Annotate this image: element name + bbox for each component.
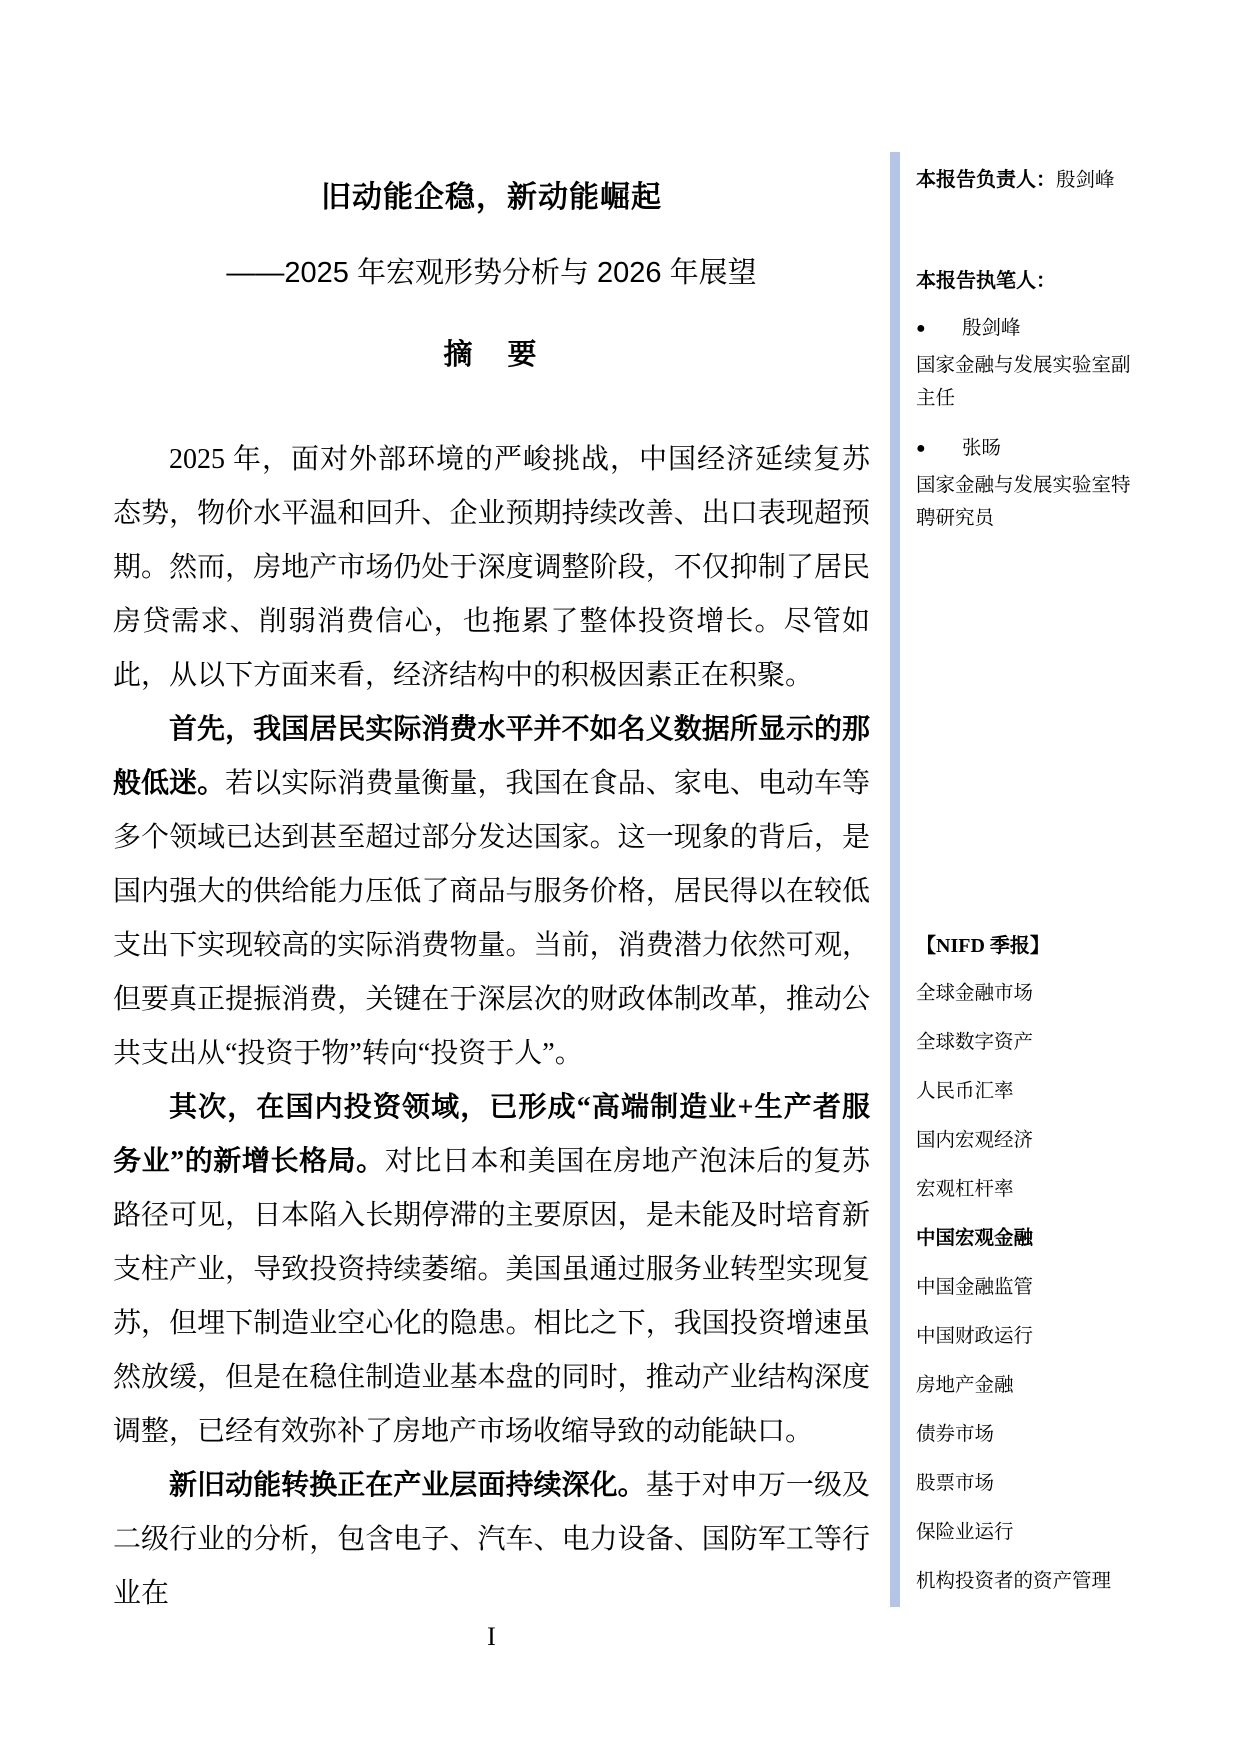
quarterly-item: 股票市场	[916, 1459, 1144, 1508]
quarterly-item: 中国财政运行	[916, 1312, 1144, 1361]
quarterly-item: 保险业运行	[916, 1508, 1144, 1557]
abstract-body: 2025 年，面对外部环境的严峻挑战，中国经济延续复苏态势，物价水平温和回升、企…	[113, 433, 870, 1621]
sidebar: 本报告负责人：殷剑峰 本报告执笔人： ●殷剑峰 国家金融与发展实验室副主任 ●张…	[916, 168, 1144, 1606]
author-name-row: ●殷剑峰	[916, 317, 1144, 341]
quarterly-item: 房地产金融	[916, 1361, 1144, 1410]
page-number: I	[113, 1622, 870, 1652]
main-column: 旧动能企稳，新动能崛起 ——2025 年宏观形势分析与 2026 年展望 摘 要…	[113, 182, 870, 1621]
author-entry: ●殷剑峰 国家金融与发展实验室副主任	[916, 317, 1144, 415]
quarterly-item: 债券市场	[916, 1410, 1144, 1459]
author-name: 殷剑峰	[962, 318, 1021, 339]
text-run: 对比日本和美国在房地产泡沫后的复苏路径可见，日本陷入长期停滞的主要原因，是未能及…	[113, 1146, 870, 1447]
bullet-icon: ●	[916, 317, 962, 341]
abstract-heading: 摘 要	[113, 340, 870, 370]
report-subtitle: ——2025 年宏观形势分析与 2026 年展望	[113, 258, 870, 288]
quarterly-item: 全球金融市场	[916, 969, 1144, 1018]
quarterly-item: 国内宏观经济	[916, 1116, 1144, 1165]
quarterly-item: 中国宏观金融	[916, 1214, 1144, 1263]
quarterly-item: 宏观杠杆率	[916, 1165, 1144, 1214]
report-title: 旧动能企稳，新动能崛起	[113, 182, 870, 214]
report-abstract-page: 旧动能企稳，新动能崛起 ——2025 年宏观形势分析与 2026 年展望 摘 要…	[0, 0, 1241, 1754]
nifd-quarterly-list: 全球金融市场全球数字资产人民币汇率国内宏观经济宏观杠杆率中国宏观金融中国金融监管…	[916, 969, 1144, 1606]
lead-author-row: 本报告负责人：殷剑峰	[916, 168, 1144, 193]
quarterly-item: 中国金融监管	[916, 1263, 1144, 1312]
abstract-paragraph: 其次，在国内投资领域，已形成“高端制造业+生产者服务业”的新增长格局。对比日本和…	[113, 1081, 870, 1459]
text-run: 若以实际消费量衡量，我国在食品、家电、电动车等多个领域已达到甚至超过部分发达国家…	[113, 768, 870, 1069]
nifd-quarterly-header: 【NIFD 季报】	[916, 934, 1144, 958]
author-entry: ●张旸 国家金融与发展实验室特聘研究员	[916, 437, 1144, 535]
abstract-paragraph: 2025 年，面对外部环境的严峻挑战，中国经济延续复苏态势，物价水平温和回升、企…	[113, 433, 870, 703]
text-run: 2025 年，面对外部环境的严峻挑战，中国经济延续复苏态势，物价水平温和回升、企…	[113, 444, 870, 691]
abstract-paragraph: 首先，我国居民实际消费水平并不如名义数据所显示的那般低迷。若以实际消费量衡量，我…	[113, 703, 870, 1081]
author-affiliation: 国家金融与发展实验室特聘研究员	[916, 469, 1144, 535]
lead-author-name: 殷剑峰	[1056, 170, 1115, 191]
bold-text-run: 新旧动能转换正在产业层面持续深化。	[169, 1470, 646, 1501]
author-affiliation: 国家金融与发展实验室副主任	[916, 349, 1144, 415]
author-name-row: ●张旸	[916, 437, 1144, 461]
lead-author-label: 本报告负责人：	[916, 169, 1056, 191]
abstract-paragraph: 新旧动能转换正在产业层面持续深化。基于对申万一级及二级行业的分析，包含电子、汽车…	[113, 1459, 870, 1621]
sidebar-divider-bar	[890, 152, 900, 1607]
bullet-icon: ●	[916, 437, 962, 461]
authors-label: 本报告执笔人：	[916, 269, 1144, 293]
quarterly-item: 人民币汇率	[916, 1067, 1144, 1116]
quarterly-item: 全球数字资产	[916, 1018, 1144, 1067]
quarterly-item: 机构投资者的资产管理	[916, 1557, 1144, 1606]
author-name: 张旸	[962, 438, 1001, 459]
